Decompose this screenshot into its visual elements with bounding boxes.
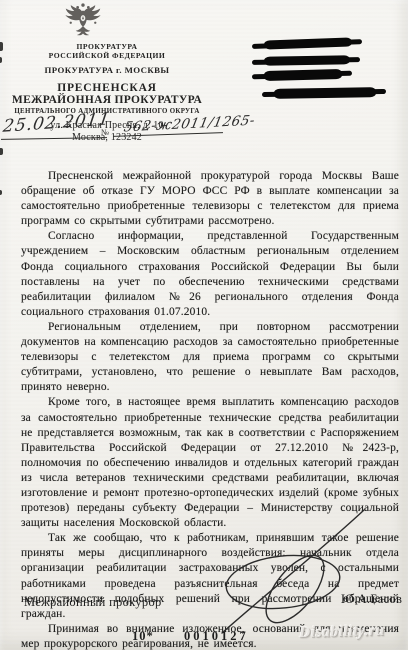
letterhead-org-line2: РОССИЙСКОЙ ФЕДЕРАЦИИ (0, 52, 214, 61)
redaction-bar (264, 69, 342, 81)
scanned-letter-page: ПРОКУРАТУРА РОССИЙСКОЙ ФЕДЕРАЦИИ ПРОКУРА… (0, 0, 408, 650)
redaction-bar (274, 87, 376, 99)
signer-name: Ю.А.Басов (341, 592, 402, 607)
scan-edge-artifact (0, 148, 3, 155)
signature-stroke (198, 497, 380, 637)
redaction-bar (264, 55, 350, 65)
print-code-left: 10* (132, 629, 154, 644)
watermark: Disability.ru (299, 622, 385, 642)
number-sign: № (101, 127, 109, 137)
letterhead-org-line3: ПРОКУРАТУРА г. МОСКВЫ (0, 65, 214, 75)
body-paragraph: Региональным отделением, при повторном р… (21, 320, 399, 395)
russia-coat-of-arms-icon (60, 2, 106, 45)
signer-title: Межрайонный прокурор (24, 595, 162, 610)
redaction-bar (264, 37, 352, 49)
body-paragraph: Пресненской межрайонной прокуратурой гор… (21, 169, 399, 229)
body-paragraph: Согласно информации, представленной Госу… (21, 229, 399, 320)
print-code-right: 0010127 (184, 629, 249, 644)
scan-edge-artifact (0, 190, 2, 195)
letterhead-org-line5: МЕЖРАЙОННАЯ ПРОКУРАТУРА (0, 94, 214, 106)
letterhead-org-line4: ПРЕСНЕНСКАЯ (0, 82, 214, 94)
